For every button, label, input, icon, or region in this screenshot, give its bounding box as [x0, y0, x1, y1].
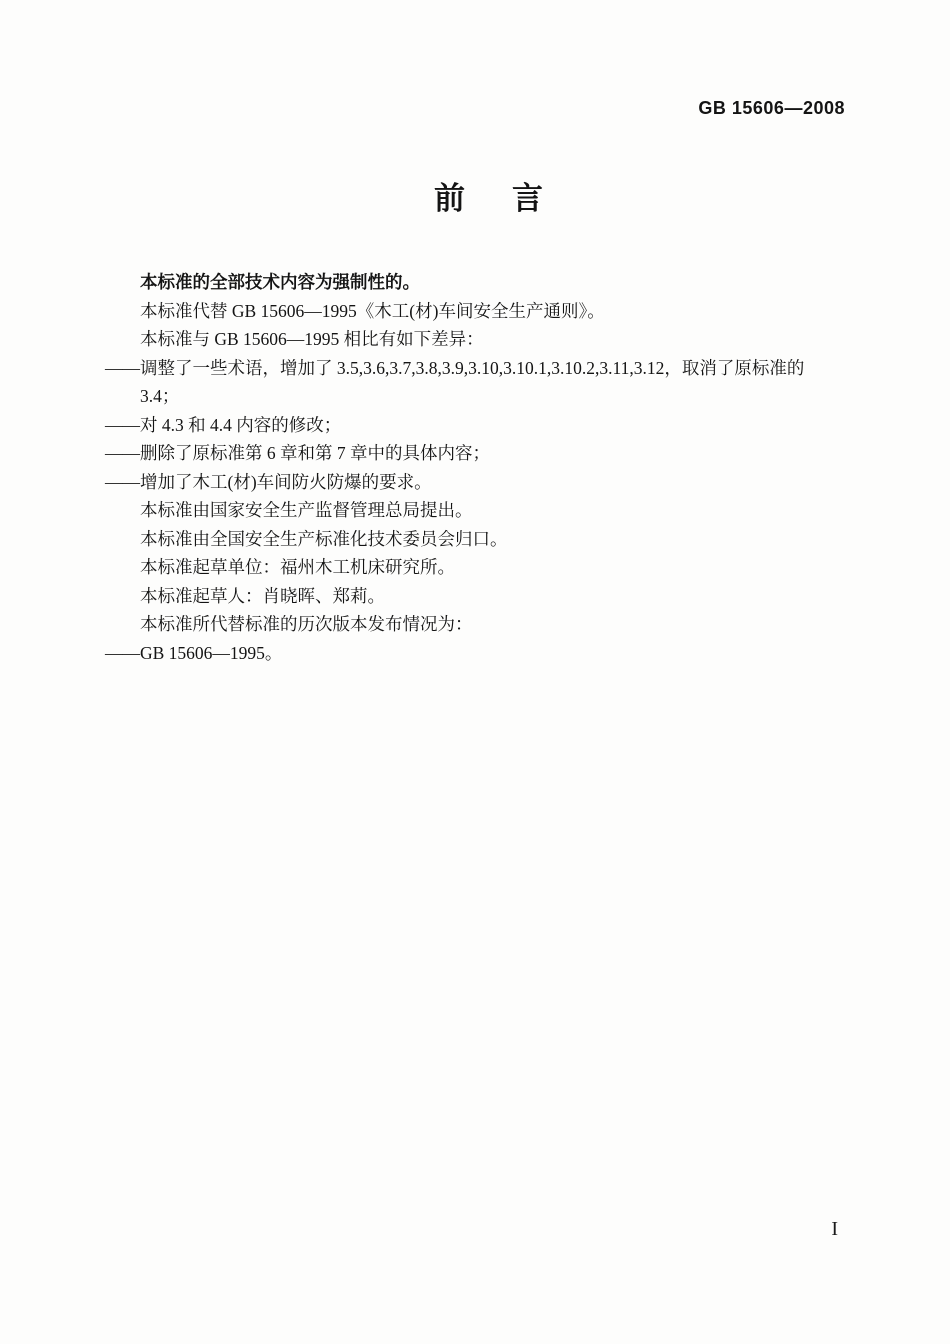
paragraph-centralized-by: 本标准由全国安全生产标准化技术委员会归口。	[140, 525, 845, 554]
list-item-fire-requirements: ——增加了木工(材)车间防火防爆的要求。	[140, 468, 845, 497]
foreword-body: 本标准的全部技术内容为强制性的。 本标准代替 GB 15606—1995《木工(…	[140, 268, 845, 667]
paragraph-mandatory-note: 本标准的全部技术内容为强制性的。	[140, 268, 845, 297]
list-item-previous-edition: ——GB 15606—1995。	[140, 639, 845, 668]
list-item-chapters-deleted: ——删除了原标准第 6 章和第 7 章中的具体内容；	[140, 439, 845, 468]
paragraph-proposed-by: 本标准由国家安全生产监督管理总局提出。	[140, 496, 845, 525]
list-item-content-revised: ——对 4.3 和 4.4 内容的修改；	[140, 411, 845, 440]
document-page: GB 15606—2008 前 言 本标准的全部技术内容为强制性的。 本标准代替…	[0, 0, 950, 1344]
paragraph-previous-editions-intro: 本标准所代替标准的历次版本发布情况为：	[140, 610, 845, 639]
list-item-terms-adjusted: ——调整了一些术语，增加了 3.5,3.6,3.7,3.8,3.9,3.10,3…	[140, 354, 845, 411]
page-title: 前 言	[140, 173, 845, 218]
paragraph-replaces: 本标准代替 GB 15606—1995《木工(材)车间安全生产通则》。	[140, 297, 845, 326]
paragraph-drafters: 本标准起草人：肖晓晖、郑莉。	[140, 582, 845, 611]
paragraph-differences-intro: 本标准与 GB 15606—1995 相比有如下差异：	[140, 325, 845, 354]
paragraph-drafting-unit: 本标准起草单位：福州木工机床研究所。	[140, 553, 845, 582]
standard-code: GB 15606—2008	[140, 98, 845, 119]
page-number: I	[831, 1218, 838, 1241]
